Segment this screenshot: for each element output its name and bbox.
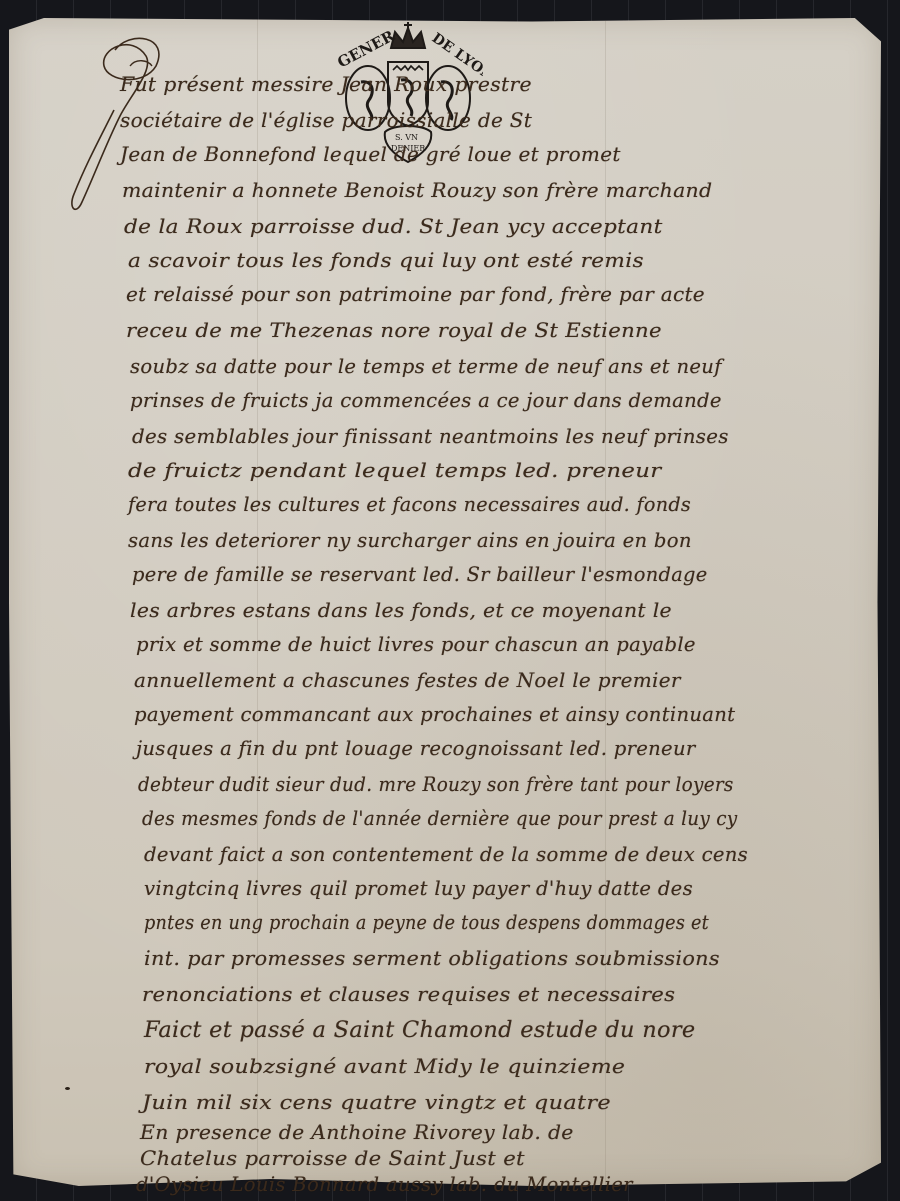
- manuscript-line: vingtcinq livres quil promet luy payer d…: [144, 876, 693, 900]
- ink-spot: [65, 1087, 70, 1090]
- manuscript-line: fera toutes les cultures et facons neces…: [128, 492, 691, 516]
- manuscript-line: sans les deteriorer ny surcharger ains e…: [128, 528, 692, 552]
- manuscript-line: debteur dudit sieur dud. mre Rouzy son f…: [138, 772, 734, 796]
- manuscript-line: devant faict a son contentement de la so…: [144, 842, 748, 866]
- manuscript-line: Faict et passé a Saint Chamond estude du…: [144, 1018, 695, 1043]
- manuscript-line: prix et somme de huict livres pour chasc…: [136, 632, 696, 656]
- manuscript-line: de fruictz pendant lequel temps led. pre…: [128, 458, 661, 482]
- manuscript-line: Chatelus parroisse de Saint Just et: [140, 1146, 525, 1170]
- manuscript-line: a scavoir tous les fonds qui luy ont est…: [128, 248, 644, 272]
- manuscript-line: En presence de Anthoine Rivorey lab. de: [140, 1120, 574, 1144]
- manuscript-line: pntes en ung prochain a peyne de tous de…: [144, 910, 709, 934]
- manuscript-line: jusques a fin du pnt louage recognoissan…: [136, 736, 696, 760]
- manuscript-line: payement commancant aux prochaines et ai…: [134, 702, 735, 726]
- manuscript-line: et relaissé pour son patrimoine par fond…: [126, 282, 705, 306]
- manuscript-line: Juin mil six cens quatre vingtz et quatr…: [142, 1090, 611, 1114]
- manuscript-line: de la Roux parroisse dud. St Jean ycy ac…: [124, 214, 663, 238]
- manuscript-line: des semblables jour finissant neantmoins…: [132, 424, 729, 448]
- manuscript-line: int. par promesses serment obligations s…: [144, 946, 720, 970]
- manuscript-line: receu de me Thezenas nore royal de St Es…: [126, 318, 662, 342]
- manuscript-line: royal soubzsigné avant Midy le quinzieme: [144, 1054, 625, 1078]
- manuscript-line: maintenir a honnete Benoist Rouzy son fr…: [122, 178, 712, 202]
- manuscript-line: d'Oysieu Louis Bonnard aussy lab. du Mon…: [136, 1172, 633, 1196]
- manuscript-line: des mesmes fonds de l'année dernière que…: [142, 806, 737, 830]
- manuscript-line: Jean de Bonnefond lequel de gré loue et …: [120, 142, 621, 166]
- manuscript-text-block: Fut présent messire Jean Roux prestre so…: [0, 0, 900, 1201]
- manuscript-line: prinses de fruicts ja commencées a ce jo…: [130, 388, 722, 412]
- manuscript-line: Fut présent messire Jean Roux prestre: [120, 72, 532, 96]
- manuscript-line: renonciations et clauses requises et nec…: [142, 982, 675, 1006]
- manuscript-line: les arbres estans dans les fonds, et ce …: [130, 598, 672, 622]
- manuscript-line: soubz sa datte pour le temps et terme de…: [130, 354, 722, 378]
- manuscript-line: annuellement a chascunes festes de Noel …: [134, 668, 681, 692]
- manuscript-line: pere de famille se reservant led. Sr bai…: [132, 562, 708, 586]
- manuscript-line: sociétaire de l'église parroissialle de …: [120, 108, 532, 132]
